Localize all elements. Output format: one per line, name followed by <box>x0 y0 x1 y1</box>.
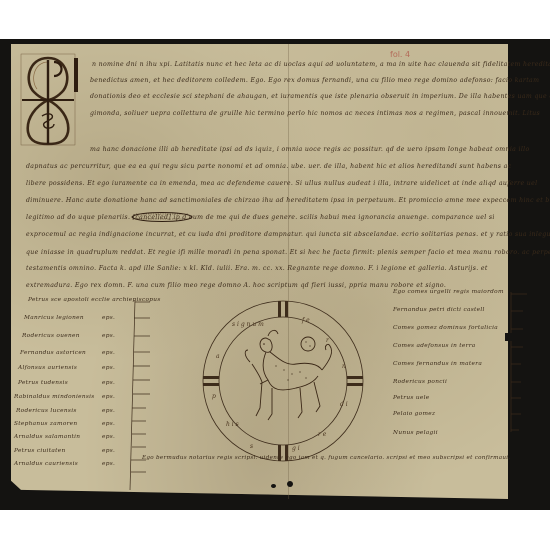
parchment-hole <box>287 481 293 487</box>
witness-name: Nunus pelagii <box>393 430 438 436</box>
parchment-hole <box>505 333 513 341</box>
witness-title: eps. <box>102 434 115 440</box>
confirmation-ladder-right <box>505 292 535 442</box>
body-line: extremadura. Ego rex domn. F. una cum fi… <box>26 282 446 289</box>
witness-name: Arnaldus cauriensis <box>14 461 78 467</box>
parchment-hole <box>271 484 276 488</box>
body-line: que iniasse in quadruplum reddat. Et reg… <box>26 249 550 256</box>
cancellation-ornament-icon <box>130 210 195 224</box>
svg-text:f e: f e <box>301 317 310 324</box>
rota-lion-seal-icon: s i g n u m f e r n d i r e g i s h i s … <box>200 298 366 464</box>
parchment-hole <box>270 496 273 499</box>
witness-name: Rabinaldus mindoniensis <box>14 394 95 400</box>
witness-title: eps. <box>102 448 115 454</box>
svg-text:r e: r e <box>318 431 327 438</box>
body-line: n nomine dni n ihu xpi. Latitatis nunc e… <box>92 61 550 68</box>
witness-name: Comes gomez dominus fortalicia <box>393 325 498 331</box>
witness-name: Ego comes urgelli regis maiordom <box>393 289 504 295</box>
body-line: gimonda, soliuer uepra collettura de gru… <box>90 110 540 117</box>
witness-name: Rodericus ouenen <box>22 333 80 339</box>
witness-title: eps. <box>102 350 115 356</box>
witness-name: Rodericus lucensis <box>16 408 77 414</box>
witness-name: Petrus tudensis <box>18 380 68 386</box>
body-line: libere possidens. Et ego iuramente ca in… <box>26 180 537 187</box>
witness-name: Fernandus astoricen <box>20 350 86 356</box>
body-line: ma hanc donacione illi ab hereditate ips… <box>90 146 530 153</box>
body-line: testamentis omnino. Facta k. apd ille Sa… <box>26 265 488 272</box>
witness-name: Stephanus zamoren <box>14 421 77 427</box>
svg-text:n: n <box>342 363 346 370</box>
svg-text:g i: g i <box>292 445 300 452</box>
confirmation-ladder-left <box>128 300 158 490</box>
svg-text:s: s <box>250 443 253 450</box>
body-line: legitimo ad do uque plenariis. [cancelle… <box>26 214 495 221</box>
witness-name: Pelaio gomez <box>393 411 435 417</box>
witness-name: Rodericus poncii <box>393 379 447 385</box>
witness-name: Comes adefonsus in terra <box>393 343 476 349</box>
witness-title: eps. <box>102 408 115 414</box>
witness-name: Alfonsus auriensis <box>18 365 77 371</box>
notary-subscription: Ego bermudus notarius regis scripsi. uid… <box>142 455 510 461</box>
body-line: benedictus amen, et hec deditorem colled… <box>90 77 539 84</box>
folio-mark: fol. 4 <box>390 50 410 59</box>
chrismon-initial-icon <box>18 52 78 147</box>
witness-title: eps. <box>102 315 115 321</box>
body-line: diminuere. Hanc aute donatione hanc ad s… <box>26 197 550 204</box>
witness-name: Comes fernandus in matera <box>393 361 482 367</box>
body-line: dapnatus ac percurritur, que ea ea qui r… <box>26 163 511 170</box>
witness-title: eps. <box>102 461 115 467</box>
witness-name: Petrus uele <box>393 395 429 401</box>
body-line: exprocemul ac regia indignacione incurra… <box>26 231 550 238</box>
witness-title: eps. <box>102 380 115 386</box>
svg-text:s i g n u m: s i g n u m <box>232 321 264 328</box>
witness-name: Manricus legionen <box>24 315 84 321</box>
witness-title: eps. <box>102 421 115 427</box>
svg-text:d i: d i <box>340 401 348 408</box>
witness-title: eps. <box>102 365 115 371</box>
svg-text:a: a <box>216 353 220 360</box>
svg-text:r: r <box>326 337 330 344</box>
witness-name: Petrus ciuitaten <box>14 448 66 454</box>
svg-text:p: p <box>212 393 216 400</box>
body-line: donationis deo et ecclesie sci stephani … <box>90 93 550 100</box>
witness-name: Fernandus petri dicti castell <box>393 307 485 313</box>
witness-name: Arnaldus salamantin <box>14 434 80 440</box>
witness-title: eps. <box>102 394 115 400</box>
witness-title: eps. <box>102 333 115 339</box>
svg-text:h i s: h i s <box>226 421 239 428</box>
